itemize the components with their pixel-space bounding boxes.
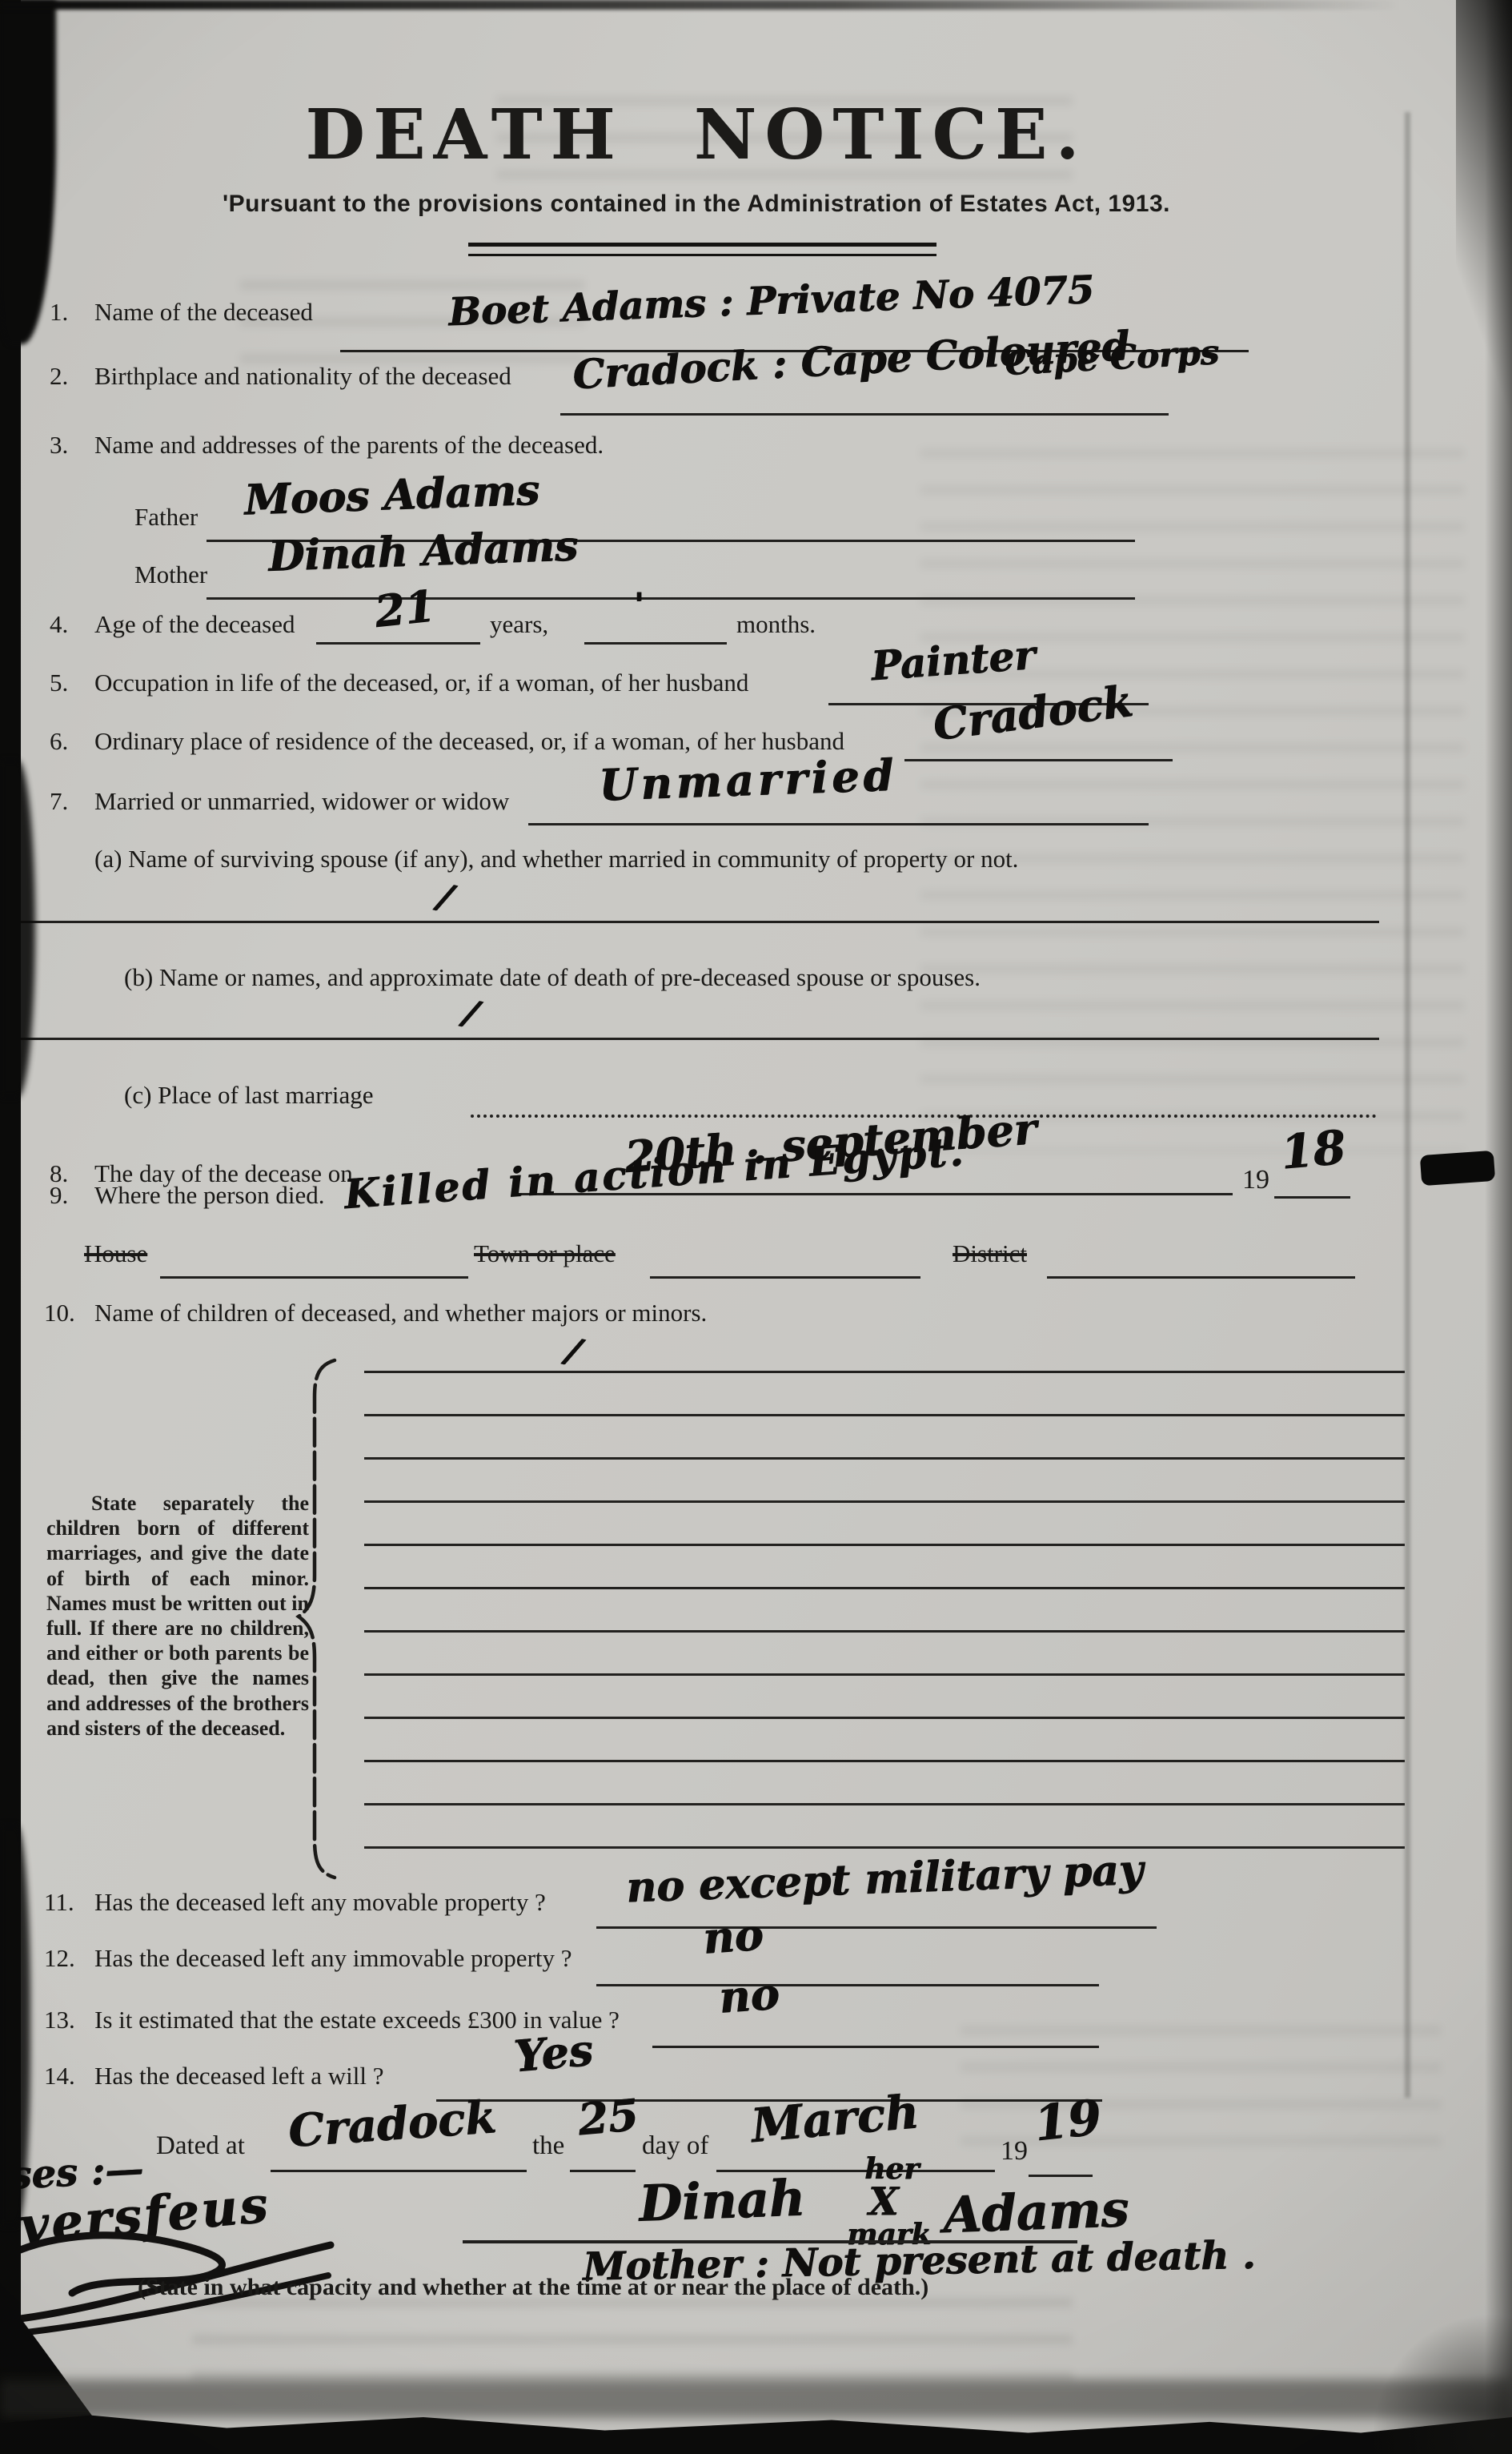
page-fold-line <box>1405 112 1410 2098</box>
town-line <box>650 1276 920 1279</box>
item-2-number: 2. <box>50 362 68 391</box>
item-7b-line <box>14 1038 1379 1040</box>
scan-shadow-right <box>1485 0 1512 2454</box>
item-4-label: Age of the deceased <box>94 610 295 639</box>
item-12-handwritten-value: no <box>701 1908 765 1963</box>
item-10-mark: / <box>562 1330 584 1372</box>
ruled-line <box>364 1760 1405 1762</box>
item-13-line <box>652 2046 1099 2048</box>
item-14-handwritten-value: Yes <box>511 2024 595 2082</box>
ruled-line <box>364 1587 1405 1589</box>
item-2-line <box>560 413 1169 416</box>
item-8-year-prefix: 19 <box>1242 1165 1269 1195</box>
scan-edge-blob <box>0 761 35 1097</box>
item-7a-label: (a) Name of surviving spouse (if any), a… <box>94 845 1018 874</box>
item-4-months-line <box>584 642 727 645</box>
item-6-label: Ordinary place of residence of the decea… <box>94 727 844 756</box>
item-12-number: 12. <box>44 1944 75 1973</box>
item-13-handwritten-value: no <box>717 1967 781 2022</box>
item-13-number: 13. <box>44 2006 75 2034</box>
item-12-line <box>596 1984 1099 1986</box>
item-4-months-label: months. <box>736 610 816 639</box>
scan-edge-topleft <box>0 0 56 344</box>
house-line <box>160 1276 468 1279</box>
dated-place-line <box>271 2170 527 2172</box>
item-5-label: Occupation in life of the deceased, or, … <box>94 669 748 697</box>
ruled-line <box>364 1717 1405 1719</box>
item-7a-mark: / <box>434 876 456 918</box>
bottom-smear <box>0 2380 1512 2418</box>
the-label: the <box>532 2131 564 2161</box>
item-14-label: Has the deceased left a will ? <box>94 2062 384 2091</box>
item-11-number: 11. <box>44 1888 74 1917</box>
bleedthrough-smudge <box>920 448 1465 1153</box>
item-7b-mark: / <box>459 992 482 1034</box>
mother-line <box>207 597 1135 600</box>
day-of-label: day of <box>642 2131 708 2161</box>
district-line <box>1047 1276 1355 1279</box>
item-7-line <box>528 823 1149 825</box>
house-label: House <box>84 1239 147 1268</box>
town-label: Town or place <box>474 1239 616 1268</box>
item-4-years-value: 21 <box>372 580 437 637</box>
item-4-months-mark: ' <box>634 586 644 624</box>
children-side-note: State separately the children born of di… <box>46 1491 309 1741</box>
item-4-years-line <box>316 642 480 645</box>
item-2-handwritten-value: Cradock : Cape Coloured <box>572 322 1131 398</box>
signer-last-name: Adams <box>942 2179 1130 2244</box>
item-6-number: 6. <box>50 727 68 756</box>
day-value: 25 <box>576 2089 640 2145</box>
ruled-line <box>364 1544 1405 1546</box>
mother-label: Mother <box>134 560 207 589</box>
page-title: DEATH NOTICE. <box>0 94 1393 175</box>
item-3-label: Name and addresses of the parents of the… <box>94 431 604 460</box>
item-9-number: 9. <box>50 1181 68 1210</box>
item-5-number: 5. <box>50 669 68 697</box>
item-9-label: Where the person died. <box>94 1181 325 1210</box>
scan-shadow-bottomright <box>1313 2274 1512 2454</box>
scan-edge-top <box>0 0 1401 10</box>
item-12-label: Has the deceased left any immovable prop… <box>94 1944 572 1973</box>
item-1-number: 1. <box>50 298 68 327</box>
ruled-line <box>364 1457 1405 1460</box>
item-7-label: Married or unmarried, widower or widow <box>94 787 509 816</box>
dated-at-label: Dated at <box>156 2131 245 2161</box>
district-label: District <box>953 1239 1027 1268</box>
day-line <box>570 2170 636 2172</box>
dated-place-value: Cradock <box>287 2091 498 2158</box>
dated-year-prefix: 19 <box>1001 2136 1028 2167</box>
item-3-number: 3. <box>50 431 68 460</box>
item-1-handwritten-value: Boet Adams : Private No 4075 <box>447 267 1095 335</box>
signer-first-name: Dinah <box>638 2168 806 2232</box>
item-4-number: 4. <box>50 610 68 639</box>
item-4-years-label: years, <box>490 610 548 639</box>
item-7a-line <box>14 921 1379 923</box>
item-7c-label: (c) Place of last marriage <box>124 1081 374 1110</box>
item-7b-label: (b) Name or names, and approximate date … <box>124 963 981 992</box>
ruled-line <box>364 1846 1405 1849</box>
item-11-label: Has the deceased left any movable proper… <box>94 1888 546 1917</box>
item-14-number: 14. <box>44 2062 75 2091</box>
scan-edge-blob <box>0 1825 30 2226</box>
item-8-year-line <box>1274 1196 1350 1199</box>
ruled-line <box>364 1673 1405 1676</box>
ruled-line <box>364 1371 1405 1373</box>
double-rule <box>468 243 936 256</box>
capacity-note: (State in what capacity and whether at t… <box>138 2274 928 2301</box>
death-notice-document: DEATH NOTICE. 'Pursuant to the provision… <box>0 0 1512 2454</box>
month-value: March <box>748 2084 920 2153</box>
item-1-label: Name of the deceased <box>94 298 313 327</box>
item-6-line <box>904 759 1173 761</box>
dated-year-line <box>1029 2175 1093 2177</box>
father-handwritten-value: Moos Adams <box>243 466 540 525</box>
ruled-line <box>364 1803 1405 1805</box>
item-8-year-value: 18 <box>1278 1120 1347 1180</box>
item-10-number: 10. <box>44 1299 75 1327</box>
item-7-handwritten-value: Unmarried <box>598 749 898 811</box>
item-10-label: Name of children of deceased, and whethe… <box>94 1299 707 1327</box>
mother-handwritten-value: Dinah Adams <box>267 521 579 580</box>
ruled-line <box>364 1500 1405 1503</box>
page-subtitle: 'Pursuant to the provisions contained in… <box>0 191 1393 218</box>
item-6-handwritten-value: Cradock <box>930 675 1135 750</box>
ruled-line <box>364 1414 1405 1416</box>
item-5-handwritten-value: Painter <box>869 631 1037 689</box>
item-11-line <box>596 1926 1157 1929</box>
father-label: Father <box>134 503 198 532</box>
item-7-number: 7. <box>50 787 68 816</box>
ruled-line <box>364 1630 1405 1633</box>
item-2-label: Birthplace and nationality of the deceas… <box>94 362 511 391</box>
children-lines <box>364 1371 1405 1891</box>
dated-year-value: 19 <box>1032 2090 1104 2152</box>
